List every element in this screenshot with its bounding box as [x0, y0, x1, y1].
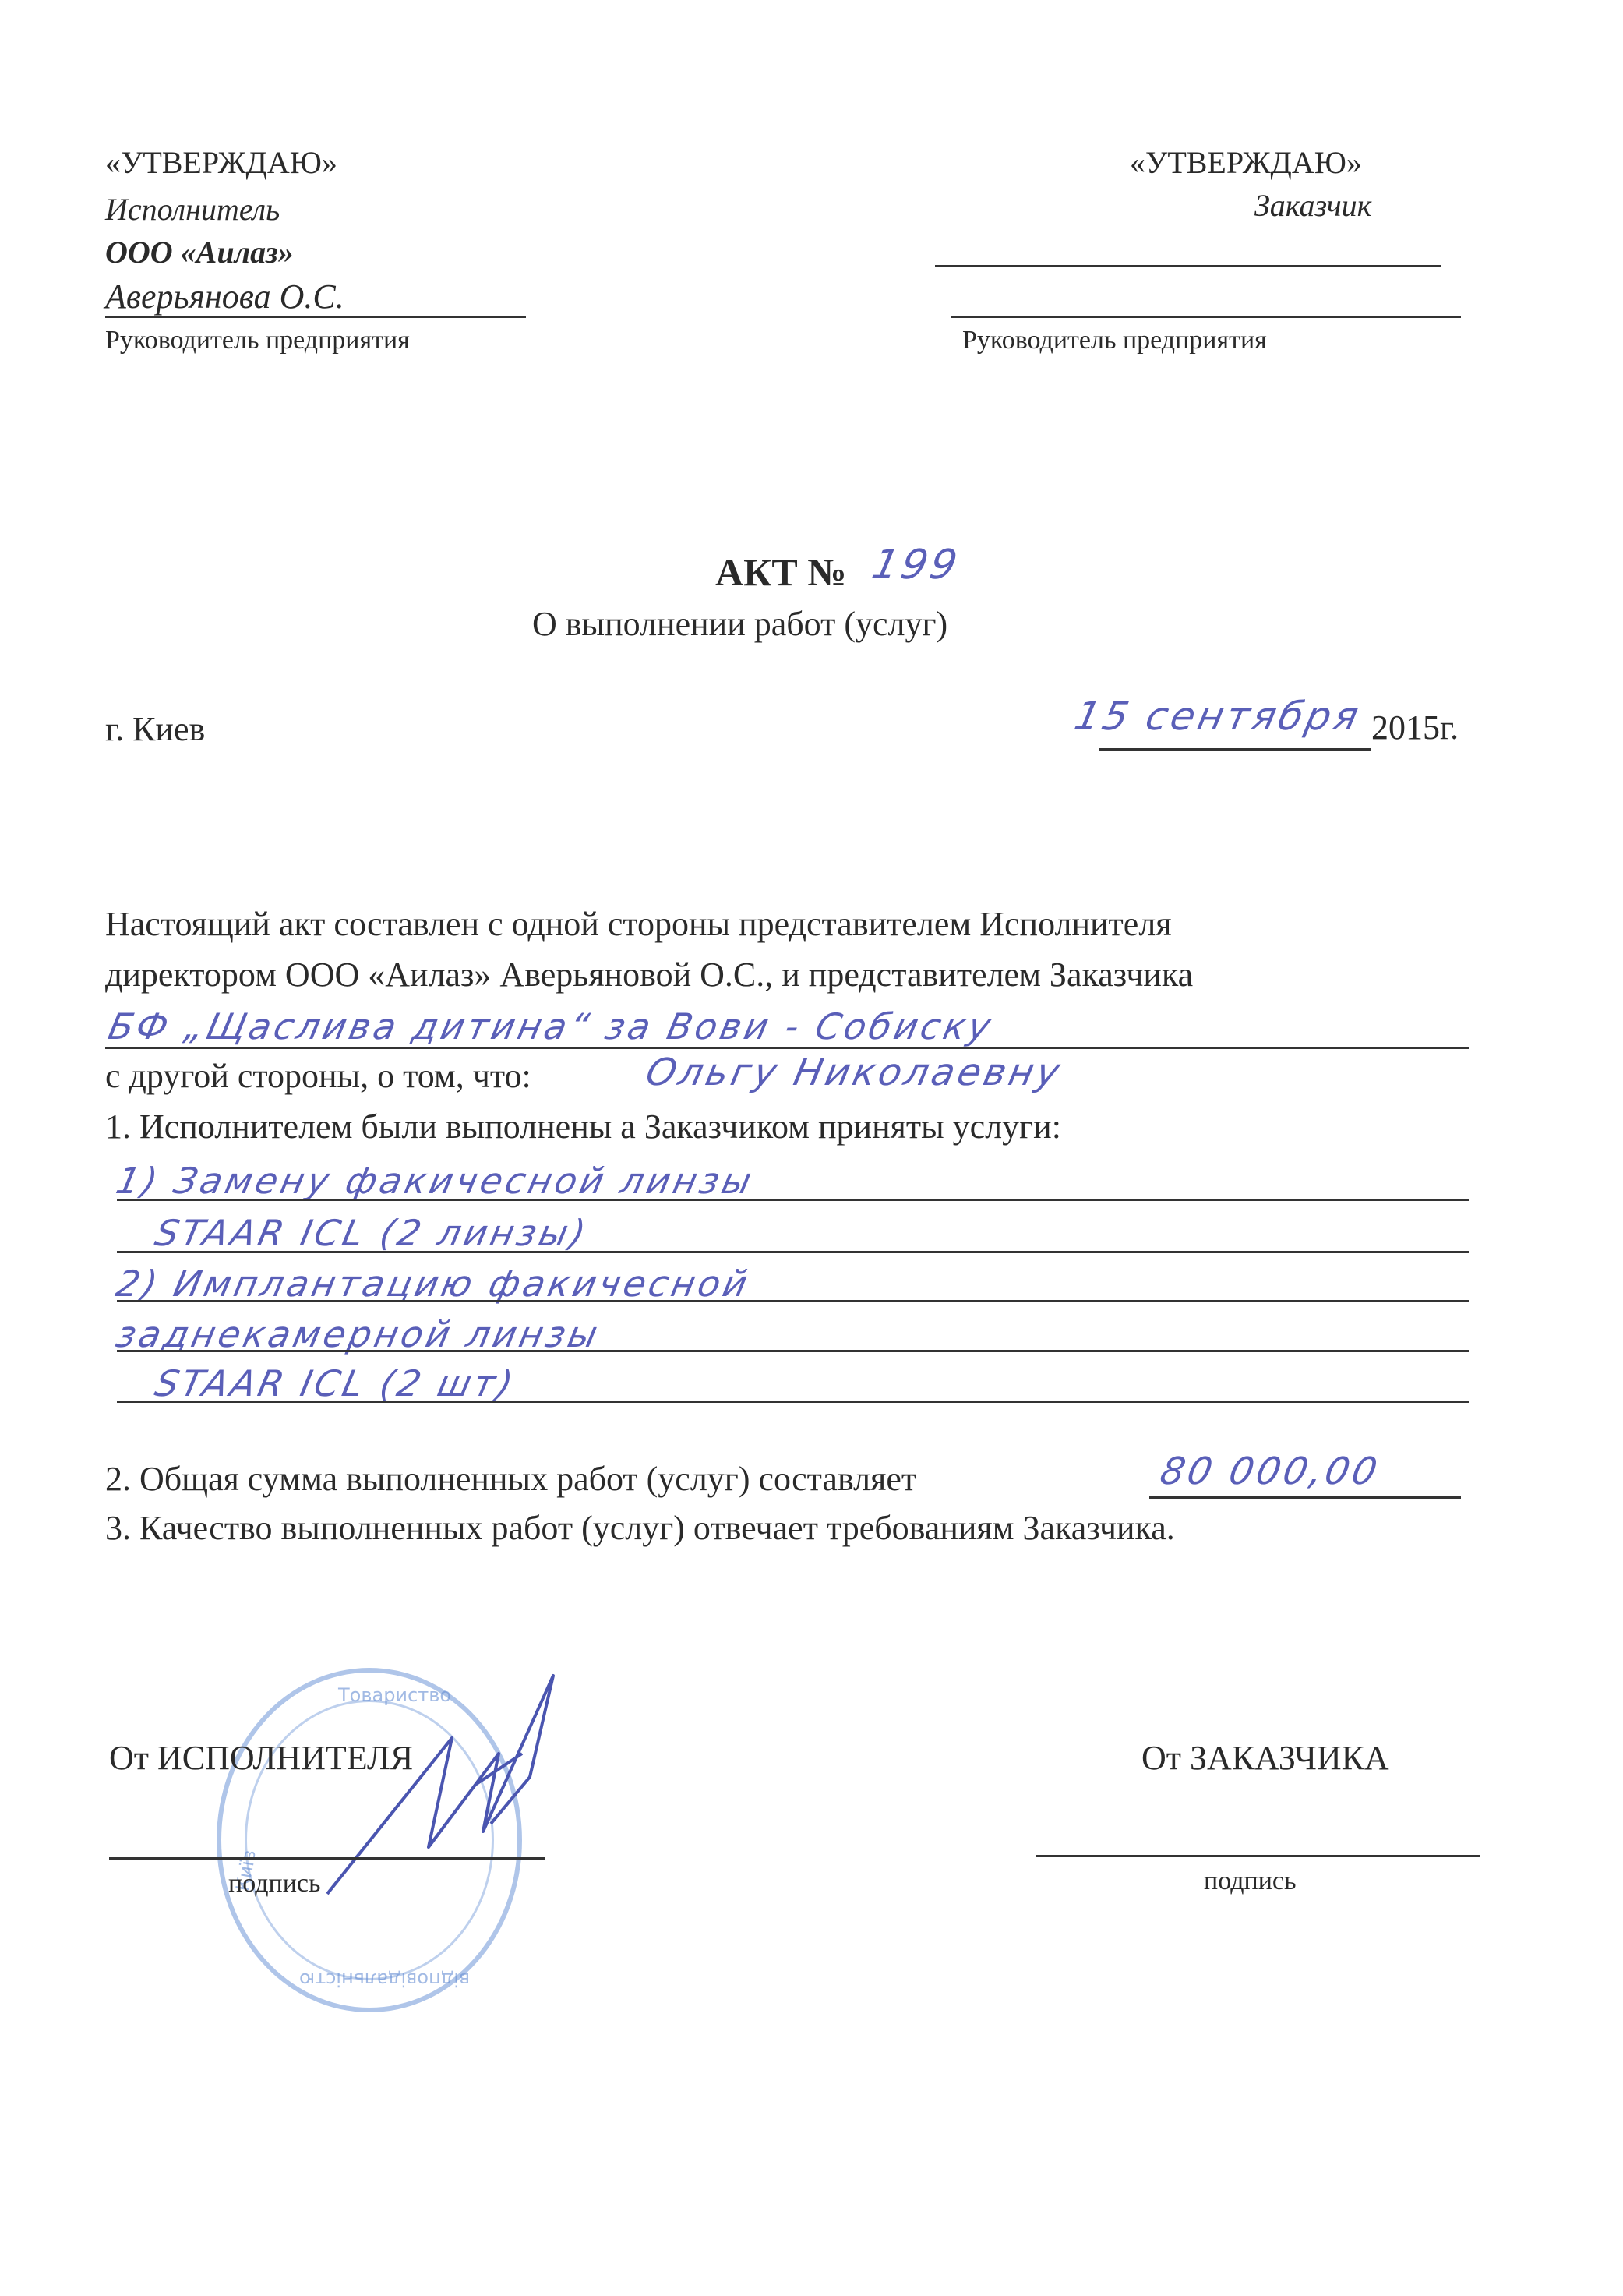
executor-signature [296, 1660, 577, 1909]
service-line-5: STAAR ICL (2 шт) [151, 1362, 520, 1404]
executor-approve-label: «УТВЕРЖДАЮ» [105, 144, 337, 181]
total-sum-underline [1149, 1496, 1461, 1499]
executor-signature-caption: подпись [228, 1869, 321, 1899]
year: 2015г. [1371, 708, 1459, 747]
city: г. Киев [105, 709, 205, 749]
customer-name-line [951, 316, 1461, 318]
total-sum-handwritten: 80 000,00 [1156, 1450, 1384, 1493]
executor-name-underline [105, 316, 526, 318]
act-number: 199 [868, 542, 965, 588]
body-line-3: с другой стороны, о том, что: [105, 1056, 531, 1096]
customer-representative-handwritten: БФ „Щаслива дитина“ за Вови - Собиску [104, 1005, 997, 1047]
item-1: 1. Исполнителем были выполнены а Заказчи… [105, 1107, 1061, 1146]
executor-role: Исполнитель [105, 191, 280, 228]
service-line-2: STAAR ICL (2 линзы) [151, 1212, 592, 1254]
service-underline-5 [117, 1401, 1469, 1403]
body-line-2: директором ООО «Аилаз» Аверьяновой О.С.,… [105, 955, 1193, 994]
stamp-text-bottom: відповідальністю [299, 1969, 470, 1990]
executor-signature-line [109, 1857, 545, 1860]
service-line-1: 1) Замену факичесной линзы [112, 1160, 758, 1202]
customer-role: Заказчик [1254, 187, 1371, 224]
customer-approve-label: «УТВЕРЖДАЮ» [1130, 144, 1362, 181]
customer-signature-line [1036, 1855, 1480, 1857]
customer-signature-caption: подпись [1204, 1867, 1297, 1896]
service-underline-2 [117, 1251, 1469, 1253]
item-2: 2. Общая сумма выполненных работ (услуг)… [105, 1459, 916, 1499]
service-underline-4 [117, 1350, 1469, 1352]
executor-name: Аверьянова О.С. [105, 277, 344, 316]
service-underline-3 [117, 1300, 1469, 1302]
customer-sign-label: От ЗАКАЗЧИКА [1141, 1738, 1389, 1778]
date-handwritten: 15 сентября [1071, 694, 1366, 739]
customer-name-handwritten: Ольгу Николаевну [642, 1051, 1067, 1094]
customer-position: Руководитель предприятия [962, 326, 1267, 355]
executor-company: ООО «Аилаз» [105, 234, 294, 270]
customer-representative-line [105, 1047, 1469, 1049]
service-line-4: заднекамерной линзы [112, 1313, 604, 1355]
act-title: АКТ № [715, 549, 846, 595]
service-underline-1 [117, 1199, 1469, 1201]
service-line-3: 2) Имплантацию факичесной [112, 1263, 754, 1305]
act-subtitle: О выполнении работ (услуг) [532, 604, 947, 644]
executor-sign-label: От ИСПОЛНИТЕЛЯ [109, 1738, 413, 1778]
executor-position: Руководитель предприятия [105, 326, 410, 355]
customer-company-line [935, 265, 1441, 267]
body-line-1: Настоящий акт составлен с одной стороны … [105, 904, 1172, 944]
date-underline [1099, 748, 1371, 751]
item-3: 3. Качество выполненных работ (услуг) от… [105, 1508, 1175, 1548]
